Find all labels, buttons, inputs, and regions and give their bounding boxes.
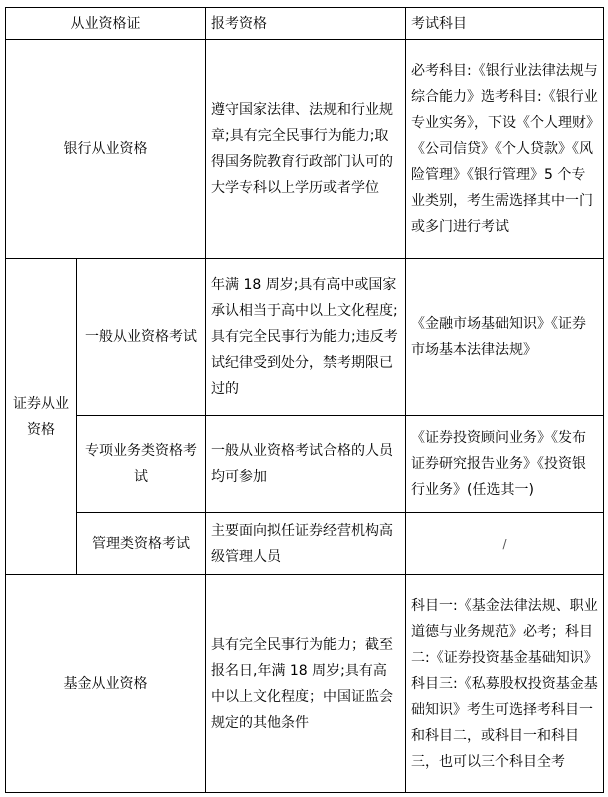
exam-type-cell: 专项业务类资格考试 [77,416,206,513]
qualification-table: 从业资格证 报考资格 考试科目 银行从业资格 遵守国家法律、法规和行业规章;具有… [5,7,604,793]
table-row-securities-general: 证券从业资格 一般从业资格考试 年满 18 周岁;具有高中或国家承认相当于高中以… [6,259,604,416]
certificate-cell: 证券从业资格 [6,259,77,575]
certificate-cell: 基金从业资格 [6,575,206,793]
header-certificate: 从业资格证 [6,8,206,40]
subjects-cell: 《金融市场基础知识》《证券市场基本法律法规》 [406,259,604,416]
table-row-securities-management: 管理类资格考试 主要面向拟任证券经营机构高级管理人员 / [6,513,604,575]
eligibility-cell: 遵守国家法律、法规和行业规章;具有完全民事行为能力;取得国务院教育行政部门认可的… [206,40,406,259]
eligibility-cell: 一般从业资格考试合格的人员均可参加 [206,416,406,513]
table-row-fund: 基金从业资格 具有完全民事行为能力；截至报名日,年满 18 周岁;具有高中以上文… [6,575,604,793]
exam-type-cell: 一般从业资格考试 [77,259,206,416]
header-subjects: 考试科目 [406,8,604,40]
eligibility-cell: 具有完全民事行为能力；截至报名日,年满 18 周岁;具有高中以上文化程度；中国证… [206,575,406,793]
subjects-cell: 科目一:《基金法律法规、职业道德与业务规范》必考；科目二:《证券投资基金基础知识… [406,575,604,793]
eligibility-cell: 主要面向拟任证券经营机构高级管理人员 [206,513,406,575]
subjects-cell: 必考科目:《银行业法律法规与综合能力》选考科目:《银行业专业实务》，下设《个人理… [406,40,604,259]
table-row-bank: 银行从业资格 遵守国家法律、法规和行业规章;具有完全民事行为能力;取得国务院教育… [6,40,604,259]
table-row-securities-special: 专项业务类资格考试 一般从业资格考试合格的人员均可参加 《证券投资顾问业务》《发… [6,416,604,513]
header-row: 从业资格证 报考资格 考试科目 [6,8,604,40]
certificate-cell: 银行从业资格 [6,40,206,259]
subjects-cell: 《证券投资顾问业务》《发布证券研究报告业务》《投资银行业务》(任选其一) [406,416,604,513]
subjects-cell: / [406,513,604,575]
eligibility-cell: 年满 18 周岁;具有高中或国家承认相当于高中以上文化程度;具有完全民事行为能力… [206,259,406,416]
header-eligibility: 报考资格 [206,8,406,40]
exam-type-cell: 管理类资格考试 [77,513,206,575]
